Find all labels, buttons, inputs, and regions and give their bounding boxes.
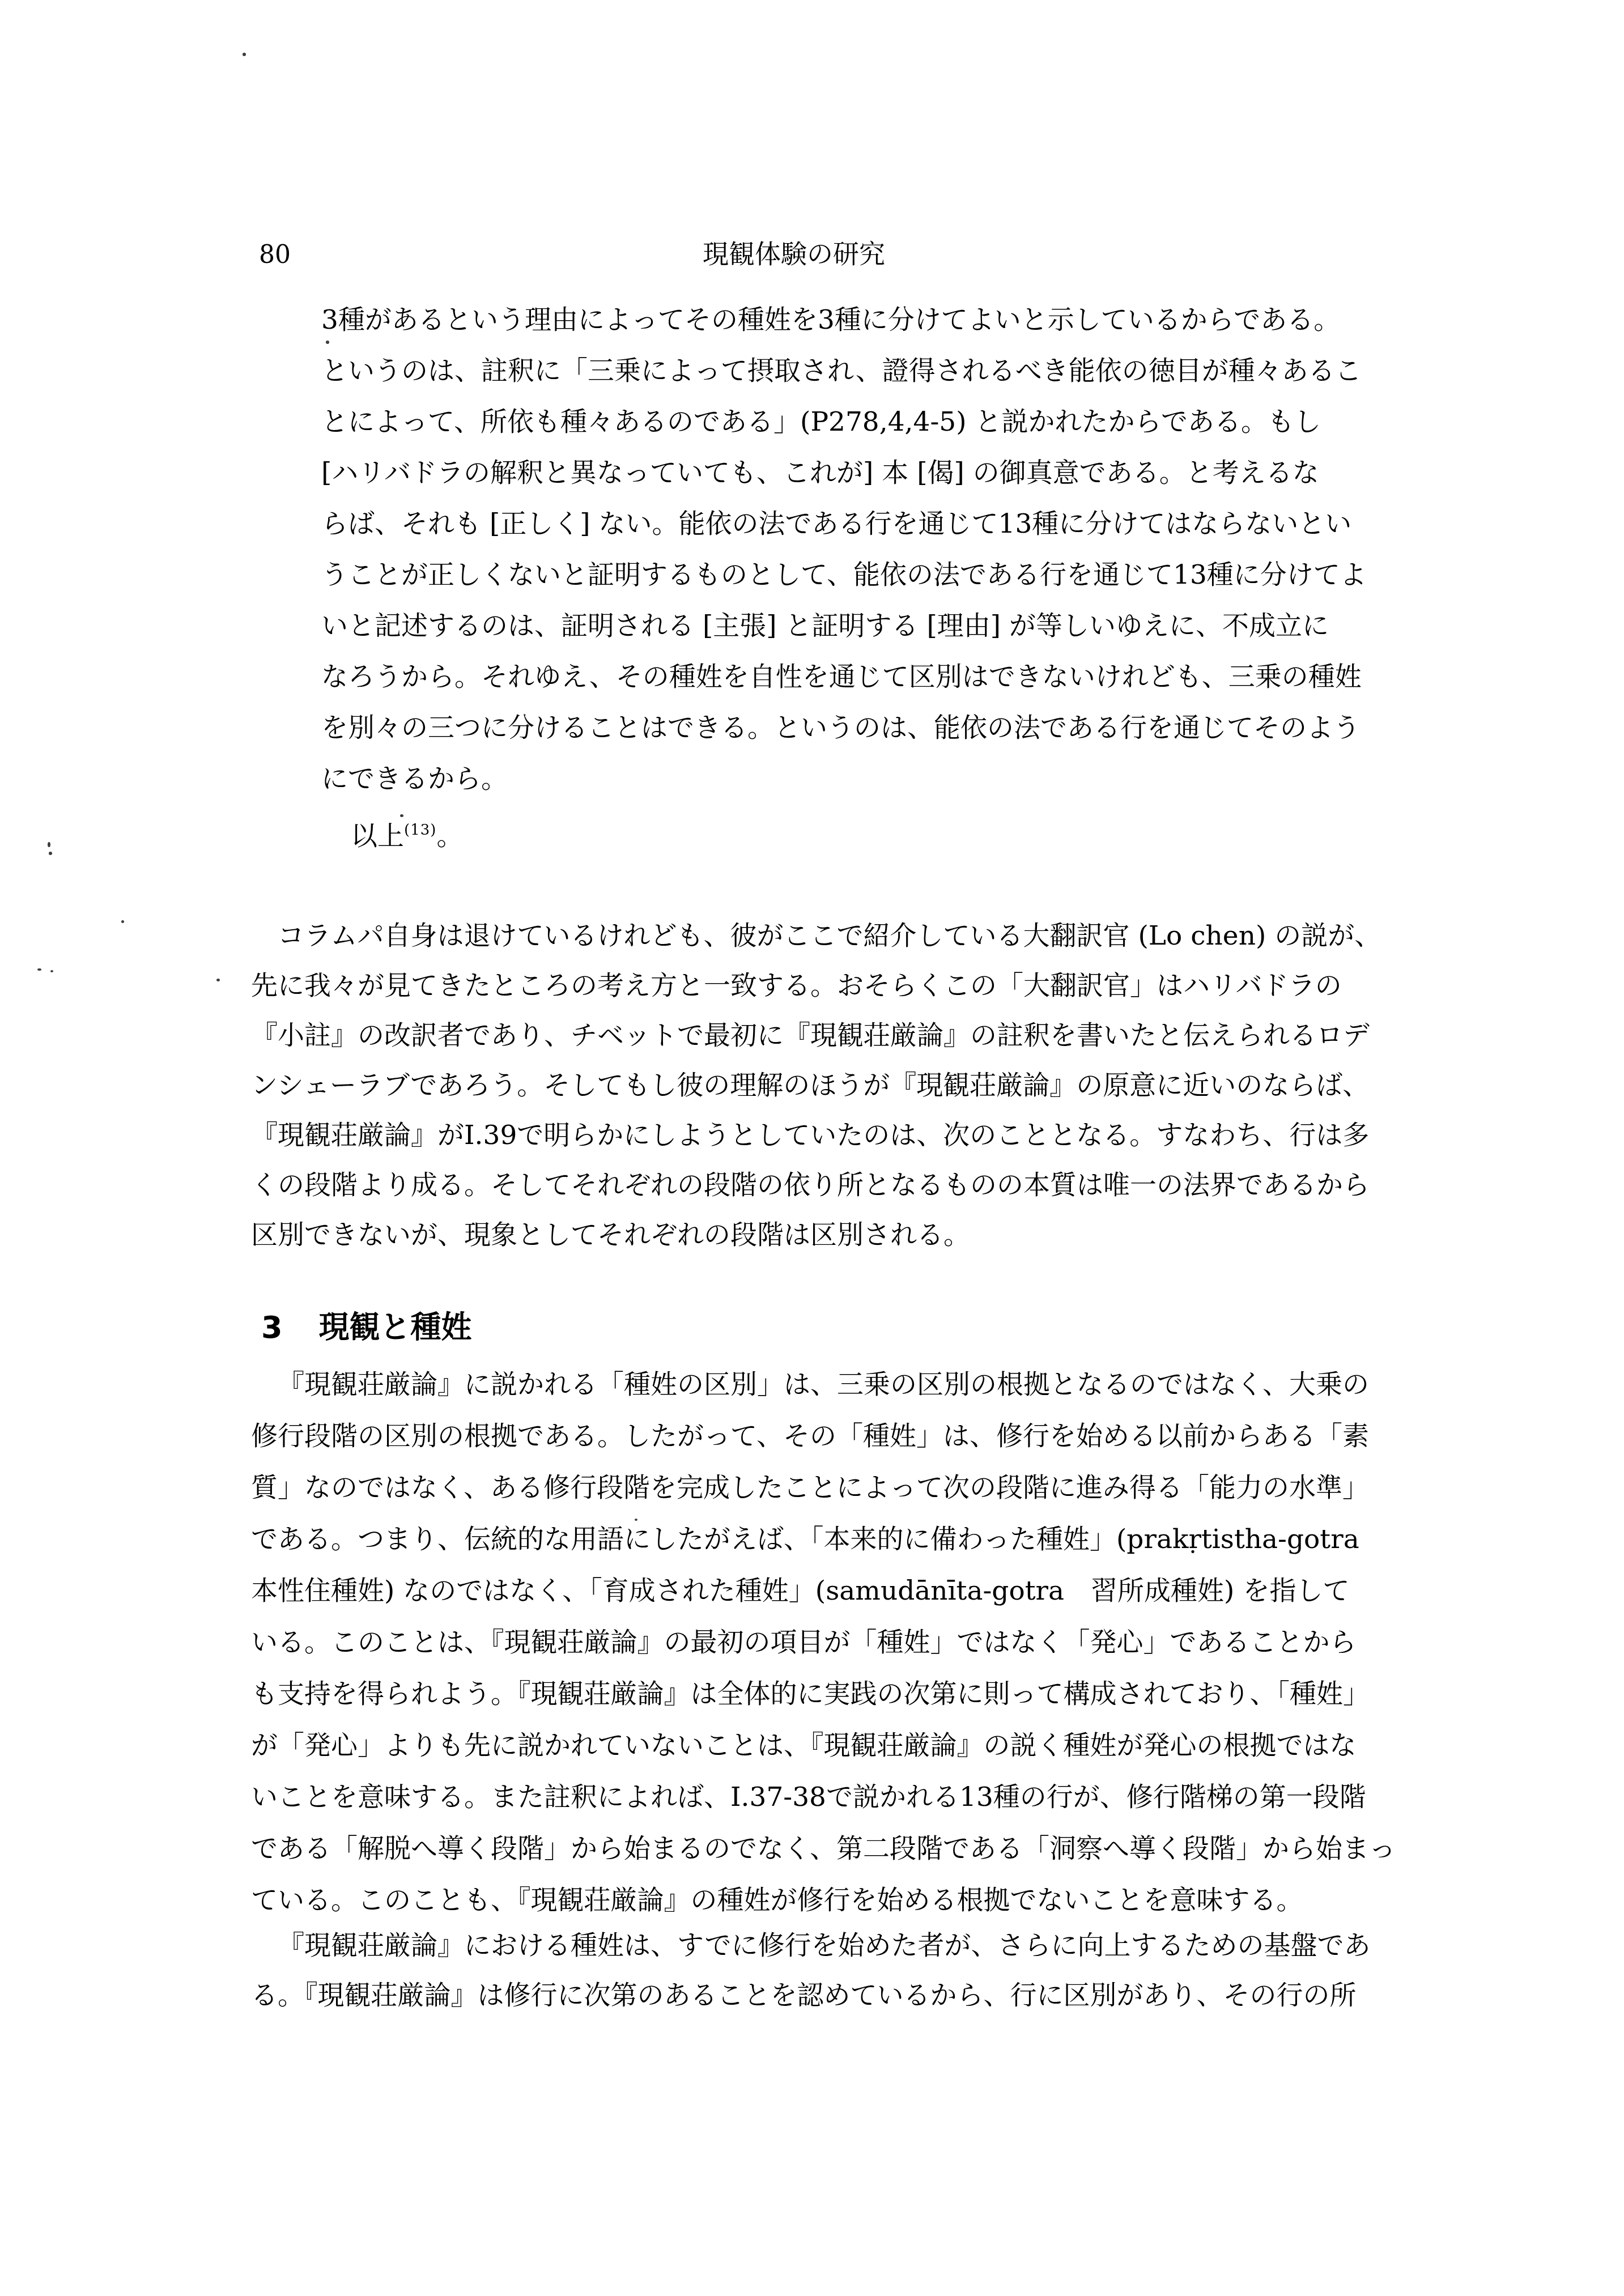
scan-speck: [50, 970, 53, 972]
body-line: コラムパ自身は退けているけれども、彼がここで紹介している大翻訳官 (Lo che…: [251, 911, 1381, 961]
body-line: 『現観荘厳論』に説かれる「種姓の区別」は、三乗の区別の根拠となるのではなく、大乗…: [251, 1359, 1396, 1410]
quote-line: を別々の三つに分けることはできる。というのは、能依の法である行を通じてそのよう: [321, 703, 1367, 754]
scan-speck: [121, 920, 124, 923]
body-line: 『現観荘厳論』における種姓は、すでに修行を始めた者が、さらに向上するための基盤で…: [251, 1921, 1370, 1971]
scan-speck: [216, 979, 220, 981]
quote-line: [ハリバドラの解釈と異なっていても、これが] 本 [偈] の御真意である。と考え…: [321, 448, 1367, 499]
paragraph-final: 『現観荘厳論』における種姓は、すでに修行を始めた者が、さらに向上するための基盤で…: [251, 1921, 1370, 2021]
quote-line: 3種があるという理由によってその種姓を3種に分けてよいと示しているからである。: [321, 295, 1367, 346]
body-line: も支持を得られよう。『現観荘厳論』は全体的に実践の次第に則って構成されており、「…: [251, 1668, 1396, 1720]
section-number: 3: [261, 1309, 283, 1345]
scan-speck: [37, 968, 41, 971]
scan-speck: [326, 341, 329, 344]
scan-speck: [400, 814, 403, 817]
paragraph-gotra: 『現観荘厳論』に説かれる「種姓の区別」は、三乗の区別の根拠となるのではなく、大乗…: [251, 1359, 1396, 1926]
body-line: 『小註』の改訳者であり、チベットで最初に『現観荘厳論』の註釈を書いたと伝えられる…: [251, 1011, 1381, 1061]
quote-closing: 以上(13)。: [321, 805, 1367, 856]
scan-speck: [635, 1519, 637, 1521]
quote-closing-text: 以上: [351, 820, 404, 852]
section-heading: 3現観と種姓: [261, 1310, 472, 1345]
body-line: 修行段階の区別の根拠である。したがって、その「種姓」は、修行を始める以前からある…: [251, 1410, 1396, 1462]
quote-line: うことが正しくないと証明するものとして、能依の法である行を通じて13種に分けてよ: [321, 550, 1367, 601]
running-title: 現観体験の研究: [703, 237, 885, 271]
body-line: 『現観荘厳論』がI.39で明らかにしようとしていたのは、次のこととなる。すなわち…: [251, 1111, 1381, 1160]
scan-speck: [48, 842, 50, 847]
body-line: 本性住種姓) なのではなく、「育成された種姓」(samudānīta-gotra…: [251, 1565, 1396, 1617]
quotation-block: 3種があるという理由によってその種姓を3種に分けてよいと示しているからである。 …: [321, 295, 1367, 856]
body-line: いことを意味する。また註釈によれば、I.37-38で説かれる13種の行が、修行階…: [251, 1771, 1396, 1823]
body-line: ンシェーラブであろう。そしてもし彼の理解のほうが『現観荘厳論』の原意に近いのなら…: [251, 1061, 1381, 1111]
quote-line: いと記述するのは、証明される [主張] と証明する [理由] が等しいゆえに、不…: [321, 601, 1367, 652]
body-line: 区別できないが、現象としてそれぞれの段階は区別される。: [251, 1210, 1381, 1260]
body-line: 先に我々が見てきたところの考え方と一致する。おそらくこの「大翻訳官」はハリバドラ…: [251, 961, 1381, 1011]
body-line: る。『現観荘厳論』は修行に次第のあることを認めているから、行に区別があり、その行…: [251, 1971, 1370, 2021]
scan-speck: [243, 53, 246, 56]
quote-line: なろうから。それゆえ、その種姓を自性を通じて区別はできないけれども、三乗の種姓: [321, 652, 1367, 703]
body-line: ている。このことも、『現観荘厳論』の種姓が修行を始める根拠でないことを意味する。: [251, 1874, 1396, 1926]
scan-speck: [49, 852, 52, 855]
paragraph-lochen: コラムパ自身は退けているけれども、彼がここで紹介している大翻訳官 (Lo che…: [251, 911, 1381, 1260]
body-line: である。つまり、伝統的な用語にしたがえば、「本来的に備わった種姓」(prakṛt…: [251, 1513, 1396, 1565]
body-line: いる。このことは、『現観荘厳論』の最初の項目が「種姓」ではなく「発心」であること…: [251, 1617, 1396, 1668]
scanned-document-page: 80 現観体験の研究 3種があるという理由によってその種姓を3種に分けてよいと示…: [0, 0, 1624, 2296]
quote-line: というのは、註釈に「三乗によって摂取され、證得されるべき能依の徳目が種々あるこ: [321, 346, 1367, 397]
quote-closing-period: 。: [436, 820, 463, 852]
quote-line: にできるから。: [321, 754, 1367, 805]
body-line: 質」なのではなく、ある修行段階を完成したことによって次の段階に進み得る「能力の水…: [251, 1462, 1396, 1513]
page-number: 80: [259, 238, 291, 272]
body-line: くの段階より成る。そしてそれぞれの段階の依り所となるものの本質は唯一の法界である…: [251, 1160, 1381, 1210]
quote-line: とによって、所依も種々あるのである」(P278,4,4-5) と説かれたからであ…: [321, 397, 1367, 448]
body-line: が「発心」よりも先に説かれていないことは、『現観荘厳論』の説く種姓が発心の根拠で…: [251, 1720, 1396, 1771]
quote-line: らば、それも [正しく] ない。能依の法である行を通じて13種に分けてはならない…: [321, 499, 1367, 550]
body-line: である「解脱へ導く段階」から始まるのでなく、第二段階である「洞察へ導く段階」から…: [251, 1823, 1396, 1874]
section-title: 現観と種姓: [319, 1309, 472, 1345]
footnote-marker: (13): [404, 822, 436, 839]
